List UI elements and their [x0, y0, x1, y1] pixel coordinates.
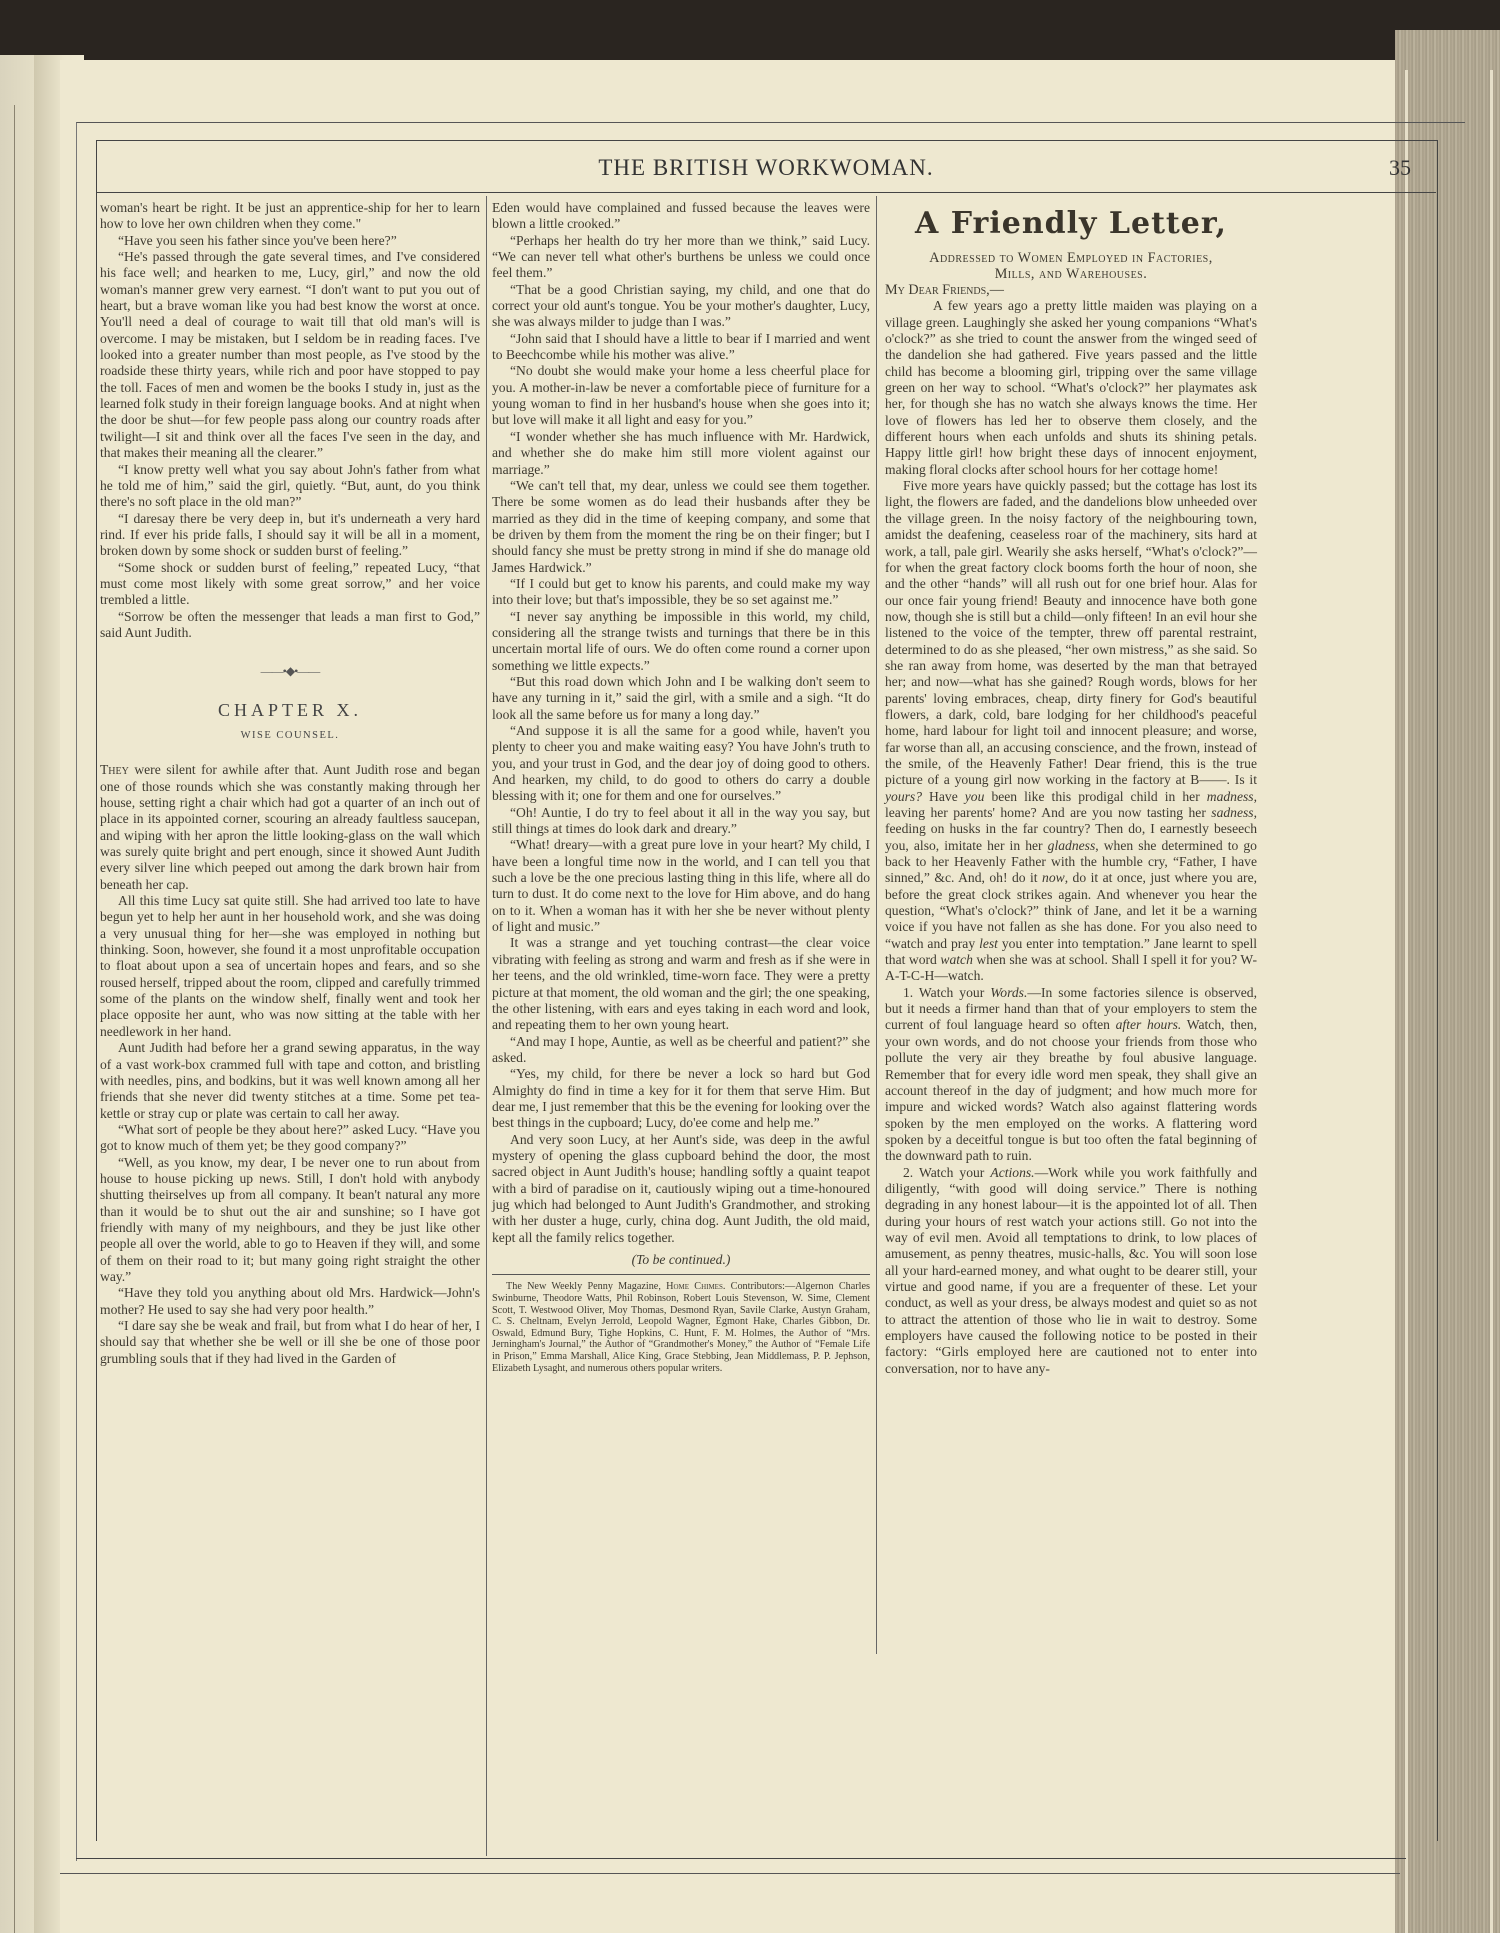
- page-edge-highlight: [1490, 70, 1493, 1933]
- previous-page-rule: [14, 105, 15, 1933]
- paragraph: 2. Watch your Actions.—Work while you wo…: [885, 1165, 1257, 1377]
- paragraph: All this time Lucy sat quite still. She …: [100, 893, 480, 1040]
- column-divider: [486, 196, 487, 1856]
- paragraph: “I wonder whether she has much influence…: [492, 429, 870, 478]
- paragraph: “What sort of people be they about here?…: [100, 1122, 480, 1155]
- paragraph: “If I could but get to know his parents,…: [492, 576, 870, 609]
- paragraph: “John said that I should have a little t…: [492, 331, 870, 364]
- paragraph: “But this road down which John and I be …: [492, 674, 870, 723]
- paragraph: Five more years have quickly passed; but…: [885, 478, 1257, 985]
- paragraph: “What! dreary—with a great pure love in …: [492, 837, 870, 935]
- paragraph: “And may I hope, Auntie, as well as be c…: [492, 1034, 870, 1067]
- paragraph: “Have you seen his father since you've b…: [100, 233, 480, 249]
- paragraph: “I never say anything be impossible in t…: [492, 609, 870, 674]
- salutation: My Dear Friends,—: [885, 282, 1257, 298]
- paragraph: “Well, as you know, my dear, I be never …: [100, 1155, 480, 1286]
- paragraph: “That be a good Christian saying, my chi…: [492, 282, 870, 331]
- article-title: A Friendly Letter,: [885, 204, 1257, 244]
- paragraph: A few years ago a pretty little maiden w…: [885, 298, 1257, 478]
- paragraph: It was a strange and yet touching contra…: [492, 935, 870, 1033]
- paragraph: “He's passed through the gate several ti…: [100, 249, 480, 461]
- note-body: . Contributors:—Algernon Charles Swinbur…: [492, 1281, 870, 1373]
- note-lead: The New Weekly Penny Magazine,: [506, 1281, 666, 1292]
- bottom-rule: [76, 1858, 1406, 1859]
- previous-page-edge: [0, 55, 35, 1933]
- column-1: woman's heart be right. It be just an ap…: [100, 200, 480, 1367]
- article-subtitle: Mills, and Warehouses.: [885, 266, 1257, 282]
- column-3: A Friendly Letter, Addressed to Women Em…: [885, 200, 1257, 1377]
- paragraph: woman's heart be right. It be just an ap…: [100, 200, 480, 233]
- paragraph: “Yes, my child, for there be never a loc…: [492, 1066, 870, 1131]
- paragraph: “Some shock or sudden burst of feeling,”…: [100, 560, 480, 609]
- paragraph: “Have they told you anything about old M…: [100, 1285, 480, 1318]
- magazine-name: Home Chimes: [666, 1281, 723, 1292]
- paragraph: “No doubt she would make your home a les…: [492, 363, 870, 428]
- paragraph: Aunt Judith had before her a grand sewin…: [100, 1040, 480, 1122]
- chapter-subtitle: WISE COUNSEL.: [100, 728, 480, 744]
- article-subtitle: Addressed to Women Employed in Factories…: [885, 250, 1257, 266]
- column-divider: [876, 196, 877, 1654]
- paragraph-text: were silent for awhile after that. Aunt …: [100, 762, 480, 891]
- note-rule: [492, 1274, 870, 1275]
- page-number: 35: [1389, 155, 1411, 181]
- paragraph: “We can't tell that, my dear, unless we …: [492, 478, 870, 576]
- drop-word: They: [100, 762, 129, 777]
- paragraph: “I daresay there be very deep in, but it…: [100, 511, 480, 560]
- running-head: THE BRITISH WORKWOMAN. 35: [96, 155, 1436, 195]
- publication-title: THE BRITISH WORKWOMAN.: [96, 155, 1436, 181]
- column-2: Eden would have complained and fussed be…: [492, 200, 870, 1374]
- to-be-continued: (To be continued.): [492, 1252, 870, 1268]
- paragraph: “Sorrow be often the messenger that lead…: [100, 609, 480, 642]
- paragraph: “And suppose it is all the same for a go…: [492, 723, 870, 805]
- paragraph: 1. Watch your Words.—In some factories s…: [885, 985, 1257, 1165]
- header-rule: [96, 192, 1436, 193]
- section-ornament: ——•◆•——: [100, 663, 480, 679]
- paragraph: “Oh! Auntie, I do try to feel about it a…: [492, 805, 870, 838]
- advertisement-note: The New Weekly Penny Magazine, Home Chim…: [492, 1281, 870, 1374]
- paragraph: They were silent for awhile after that. …: [100, 762, 480, 893]
- paragraph: And very soon Lucy, at her Aunt's side, …: [492, 1132, 870, 1246]
- paragraph: Eden would have complained and fussed be…: [492, 200, 870, 233]
- paragraph: “Perhaps her health do try her more than…: [492, 233, 870, 282]
- chapter-title: CHAPTER X.: [100, 702, 480, 718]
- paragraph: “I know pretty well what you say about J…: [100, 462, 480, 511]
- bottom-rule: [60, 1873, 1400, 1874]
- paragraph: “I dare say she be weak and frail, but f…: [100, 1318, 480, 1367]
